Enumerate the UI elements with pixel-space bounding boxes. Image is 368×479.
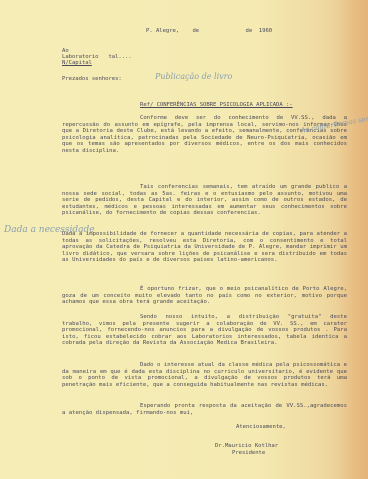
reference-line: Ref/ CONFERÊNCIAS SOBRE PSICOLOGIA APLIC…	[140, 102, 293, 108]
paragraph-7: Esperando pronta resposta da aceitação d…	[62, 403, 347, 416]
signature-name: Dr.Mauricio Kotlhar	[215, 443, 278, 449]
paragraph-6: Dado o interesse atual da classe médica …	[62, 362, 347, 388]
salutation: Prezados senhores:	[62, 76, 122, 82]
paragraph-3: Dada a impossibilidade de fornecer a qua…	[62, 231, 347, 264]
handwritten-title: Publicação de livro	[155, 72, 232, 81]
paragraph-5: Sendo nosso intuito, a distribuição "gra…	[62, 314, 347, 347]
handwritten-margin-note-left: Dada a necessidade	[4, 225, 95, 235]
paragraph-4: É oportuno frizar, que o meio psicanalít…	[62, 286, 347, 306]
signature-title: Presidente	[232, 450, 265, 456]
dateline: P. Alegre, de de 1960	[146, 28, 272, 34]
letter-page: P. Alegre, de de 1960 Ao Laboratorio tal…	[0, 0, 368, 479]
paragraph-2: Tais conferencias semanais, tem atraído …	[62, 184, 347, 217]
paragraph-1: Conforme deve ser do conhecimento de VV.…	[62, 115, 347, 154]
closing: Atenciosamente,	[236, 424, 286, 430]
recipient-line-3: N/Capital	[62, 60, 92, 66]
